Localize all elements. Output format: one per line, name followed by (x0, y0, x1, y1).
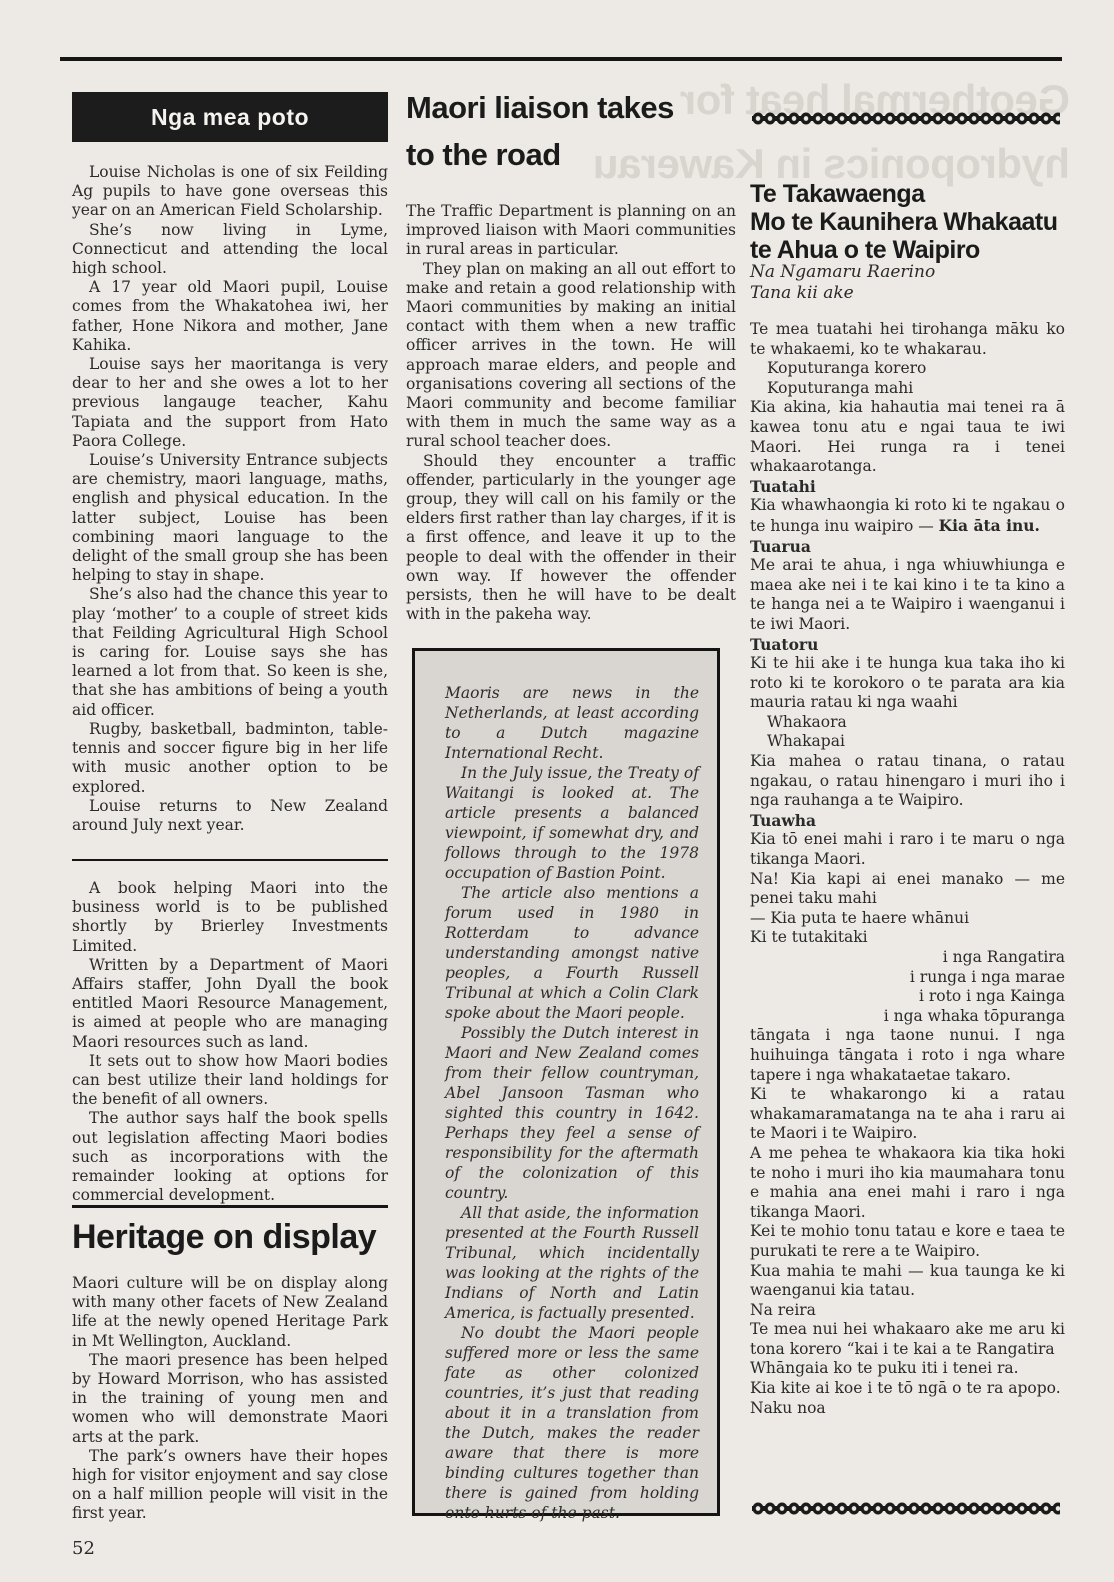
story-paragraph: Louise says her maoritanga is very dear … (72, 355, 388, 451)
body-paragraph: Te mea tuatahi hei tirohanga māku ko te … (750, 320, 1065, 359)
byline: Na Ngamaru Raerino Tana kii ake (750, 262, 1065, 304)
body-paragraph: tāngata i nga taone nunui. I nga huihuin… (750, 1026, 1065, 1085)
subhead: Tuatahi (750, 477, 1065, 497)
boxed-sidebar-netherlands: Maoris are news in the Netherlands, at l… (412, 648, 720, 1516)
body-paragraph: — Kia puta te haere whānui (750, 909, 1065, 929)
boxed-paragraph: Possibly the Dutch interest in Maori and… (445, 1023, 699, 1203)
headline-heritage: Heritage on display (72, 1218, 412, 1256)
boxed-paragraph: The article also mentions a forum used i… (445, 883, 699, 1023)
story-paragraph: A 17 year old Maori pupil, Louise comes … (72, 278, 388, 355)
kicker-box: Nga mea poto (72, 92, 388, 142)
headline-maori-liaison: Maori liaison takes to the road (406, 84, 736, 178)
right-aligned-line: i nga whaka tōpuranga (750, 1007, 1065, 1027)
boxed-paragraph: Maoris are news in the Netherlands, at l… (445, 683, 699, 763)
emphasis-text: Kia āta inu. (939, 516, 1040, 535)
subhead: Tuarua (750, 537, 1065, 557)
headline-line: Maori liaison takes (406, 84, 736, 131)
subhead: Tuatoru (750, 635, 1065, 655)
story-paragraph: Louise Nicholas is one of six Feilding A… (72, 163, 388, 221)
body-paragraph: Kia tō enei mahi i raro i te maru o nga … (750, 830, 1065, 869)
byline-note: Tana kii ake (750, 283, 1065, 304)
story-paragraph: Written by a Department of Maori Affairs… (72, 956, 388, 1052)
body-paragraph: Na! Kia kapi ai enei manako — me penei t… (750, 870, 1065, 909)
right-aligned-line: i runga i nga marae (750, 968, 1065, 988)
headline-line: Te Takawaenga (750, 180, 1080, 208)
body-paragraph: Naku noa (750, 1399, 1065, 1419)
body-paragraph: Na reira (750, 1301, 1065, 1321)
headline-line: te Ahua o te Waipiro (750, 236, 1080, 264)
body-paragraph: Kia kite ai koe i te tō ngā o te ra apop… (750, 1379, 1065, 1399)
body-paragraph: Ki te tutakitaki (750, 928, 1065, 948)
list-line: Whakapai (750, 732, 1065, 752)
story-paragraph: The Traffic Department is planning on an… (406, 202, 736, 260)
story-paragraph: She’s also had the chance this year to p… (72, 585, 388, 719)
body-paragraph: Kua mahia te mahi — kua taunga ke ki wae… (750, 1262, 1065, 1301)
right-aligned-line: i roto i nga Kainga (750, 987, 1065, 1007)
list-line: Koputuranga korero (750, 359, 1065, 379)
right-aligned-line: i nga Rangatira (750, 948, 1065, 968)
body-paragraph: Ki te whakarongo ki a ratau whakamaramat… (750, 1085, 1065, 1144)
story-paragraph: Louise returns to New Zealand around Jul… (72, 797, 388, 835)
chain-ornament-top (752, 112, 1060, 125)
subhead: Tuawha (750, 811, 1065, 831)
story-paragraph: Should they encounter a traffic offender… (406, 452, 736, 625)
body-paragraph: Kia mahea o ratau tinana, o ratau ngakau… (750, 752, 1065, 811)
column-rule (72, 859, 388, 861)
boxed-paragraph: In the July issue, the Treaty of Waitang… (445, 763, 699, 883)
chain-ornament-bottom (752, 1502, 1060, 1515)
story-heritage: Maori culture will be on display along w… (72, 1274, 388, 1524)
story-traffic: The Traffic Department is planning on an… (406, 202, 736, 624)
story-paragraph: Louise’s University Entrance subjects ar… (72, 451, 388, 585)
body-paragraph: A me pehea te whakaora kia tika hoki te … (750, 1144, 1065, 1222)
page-number: 52 (72, 1538, 95, 1559)
headline-line: to the road (406, 131, 736, 178)
story-paragraph: Maori culture will be on display along w… (72, 1274, 388, 1351)
story-book: A book helping Maori into the business w… (72, 879, 388, 1205)
body-paragraph: Kia whawhaongia ki roto ki te ngakau o t… (750, 496, 1065, 536)
story-te-takawaenga: Te mea tuatahi hei tirohanga māku ko te … (750, 320, 1065, 1418)
story-paragraph: It sets out to show how Maori bodies can… (72, 1052, 388, 1110)
byline-author: Na Ngamaru Raerino (750, 262, 1065, 283)
column-rule (72, 1205, 388, 1208)
story-paragraph: The park’s owners have their hopes high … (72, 1447, 388, 1524)
story-paragraph: They plan on making an all out effort to… (406, 260, 736, 452)
body-paragraph: Kia akina, kia hahautia mai tenei ra ā k… (750, 398, 1065, 476)
story-paragraph: Rugby, basketball, badminton, table-tenn… (72, 720, 388, 797)
boxed-paragraph: All that aside, the information presente… (445, 1203, 699, 1323)
body-paragraph: Ki te hii ake i te hunga kua taka iho ki… (750, 654, 1065, 713)
story-paragraph: The author says half the book spells out… (72, 1109, 388, 1205)
story-louise: Louise Nicholas is one of six Feilding A… (72, 163, 388, 835)
headline-te-takawaenga: Te Takawaenga Mo te Kaunihera Whakaatu t… (750, 180, 1080, 264)
list-line: Koputuranga mahi (750, 379, 1065, 399)
body-paragraph: Te mea nui hei whakaaro ake me aru ki to… (750, 1320, 1065, 1359)
newspaper-page: Geothermal heat for hydroponics in Kawer… (0, 0, 1114, 1582)
body-paragraph: Kei te mohio tonu tatau e kore e taea te… (750, 1222, 1065, 1261)
story-paragraph: The maori presence has been helped by Ho… (72, 1351, 388, 1447)
list-line: Whakaora (750, 713, 1065, 733)
story-paragraph: She’s now living in Lyme, Connecticut an… (72, 221, 388, 279)
body-paragraph: Whāngaia ko te puku iti i tenei ra. (750, 1359, 1065, 1379)
body-paragraph: Me arai te ahua, i nga whiuwhiunga e mae… (750, 556, 1065, 634)
top-rule (60, 57, 1062, 61)
boxed-paragraph: No doubt the Maori people suffered more … (445, 1323, 699, 1523)
kicker-label: Nga mea poto (151, 104, 309, 130)
story-paragraph: A book helping Maori into the business w… (72, 879, 388, 956)
headline-line: Mo te Kaunihera Whakaatu (750, 208, 1080, 236)
